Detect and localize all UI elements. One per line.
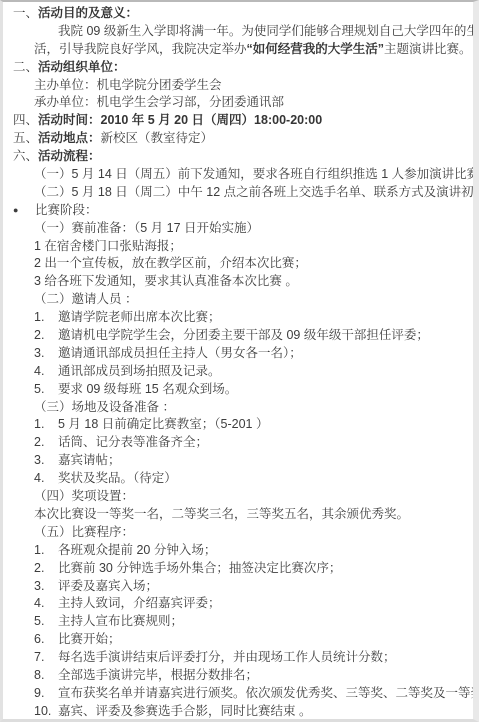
doc-line: 1.5 月 18 日前确定比赛教室；（5-201 ） bbox=[3, 416, 473, 434]
list-marker: 4. bbox=[34, 470, 58, 488]
list-marker: 8. bbox=[34, 667, 58, 685]
list-marker: 3. bbox=[34, 345, 58, 363]
doc-line: 活，引导我院良好学风，我院决定举办“如何经营我的大学生活”主题演讲比赛。 bbox=[3, 41, 473, 59]
doc-line: 2.比赛前 30 分钟选手场外集合；抽签决定比赛次序； bbox=[3, 560, 473, 578]
list-marker: 5. bbox=[34, 613, 58, 631]
list-marker: 10. bbox=[34, 703, 58, 721]
doc-text: 主办单位：机电学院分团委学生会 bbox=[34, 77, 222, 95]
list-marker: 4. bbox=[34, 363, 58, 381]
doc-line: 3.邀请通讯部成员担任主持人（男女各一名）； bbox=[3, 345, 473, 363]
doc-text: 主持人宣布比赛规则； bbox=[58, 613, 183, 631]
doc-text: 话筒、记分表等准备齐全； bbox=[58, 434, 208, 452]
doc-text: （二）5 月 18 日（周二）中午 12 点之前各班上交选手名单、联系方式及演讲… bbox=[34, 184, 473, 202]
doc-text: 比赛前 30 分钟选手场外集合；抽签决定比赛次序； bbox=[58, 560, 341, 578]
doc-line: 5.要求 09 级每班 15 名观众到场。 bbox=[3, 381, 473, 399]
list-marker: 9. bbox=[34, 685, 58, 703]
doc-text: 活动流程： bbox=[38, 148, 101, 166]
list-marker: 2. bbox=[34, 327, 58, 345]
list-marker: 四、 bbox=[13, 112, 38, 130]
doc-text: 新校区（教室待定） bbox=[101, 130, 214, 148]
doc-line: 3 给各班下发通知，要求其认真准备本次比赛 。 bbox=[3, 273, 473, 291]
list-marker: 一、 bbox=[13, 5, 38, 23]
doc-line: （四）奖项设置： bbox=[3, 488, 473, 506]
doc-text: 3 给各班下发通知，要求其认真准备本次比赛 。 bbox=[34, 273, 298, 291]
doc-line: 四、活动时间：2010 年 5 月 20 日（周四）18:00-20:00 bbox=[3, 112, 473, 130]
doc-text: 邀请学院老师出席本次比赛； bbox=[58, 309, 221, 327]
doc-line: （三）场地及设备准备 ： bbox=[3, 399, 473, 417]
doc-line: 六、活动流程： bbox=[3, 148, 473, 166]
doc-text: 活动地点： bbox=[38, 130, 101, 148]
doc-line: （二）邀请人员 ： bbox=[3, 291, 473, 309]
doc-text: 每名选手演讲结束后评委打分，并由现场工作人员统计分数； bbox=[58, 649, 396, 667]
list-marker: 2. bbox=[34, 560, 58, 578]
doc-text: （三）场地及设备准备 ： bbox=[34, 399, 175, 417]
doc-text: 宣布获奖名单并请嘉宾进行颁奖。依次颁发优秀奖、三等奖、二等奖及一等奖； bbox=[58, 685, 473, 703]
doc-text: 奖状及奖品。（待定） bbox=[58, 470, 177, 488]
doc-text: 1 在宿舍楼门口张贴海报； bbox=[34, 238, 182, 256]
list-marker: 2. bbox=[34, 434, 58, 452]
doc-text: 承办单位：机电学生会学习部，分团委通讯部 bbox=[34, 94, 284, 112]
doc-text: （一）赛前准备：（5 月 17 日开始实施） bbox=[34, 220, 259, 238]
doc-text: 活动目的及意义： bbox=[38, 5, 138, 23]
doc-line: 3.嘉宾请帖； bbox=[3, 452, 473, 470]
doc-text: 邀请机电学院学生会，分团委主要干部及 09 级年级干部担任评委； bbox=[58, 327, 429, 345]
doc-text: 嘉宾请帖； bbox=[58, 452, 121, 470]
list-marker: 6. bbox=[34, 631, 58, 649]
doc-line: （五）比赛程序： bbox=[3, 524, 473, 542]
doc-text: 要求 09 级每班 15 名观众到场。 bbox=[58, 381, 237, 399]
doc-text: 我院 09 级新生入学即将满一年。为使同学们能够合理规划自己大学四年的生 bbox=[58, 23, 473, 41]
doc-text: 各班观众提前 20 分钟入场； bbox=[58, 542, 216, 560]
list-marker: 5. bbox=[34, 381, 58, 399]
document-body: 一、活动目的及意义：我院 09 级新生入学即将满一年。为使同学们能够合理规划自己… bbox=[3, 2, 473, 721]
doc-text: 全部选手演讲完毕，根据分数排名； bbox=[58, 667, 258, 685]
doc-line: 主办单位：机电学院分团委学生会 bbox=[3, 77, 473, 95]
doc-text: 嘉宾、评委及参赛选手合影，同时比赛结束 。 bbox=[58, 703, 311, 721]
bullet-icon: ● bbox=[13, 202, 35, 220]
doc-line: 8.全部选手演讲完毕，根据分数排名； bbox=[3, 667, 473, 685]
doc-text: 主持人致词，介绍嘉宾评委； bbox=[58, 595, 221, 613]
doc-text: 2010 年 5 月 20 日（周四）18:00-20:00 bbox=[101, 112, 323, 130]
doc-line: 二、活动组织单位： bbox=[3, 59, 473, 77]
list-marker: 4. bbox=[34, 595, 58, 613]
doc-line: 本次比赛设一等奖一名，二等奖三名，三等奖五名，其余颁优秀奖。 bbox=[3, 506, 473, 524]
list-marker: 1. bbox=[34, 309, 58, 327]
doc-line: （一）5 月 14 日（周五）前下发通知，要求各班自行组织推选 1 人参加演讲比… bbox=[3, 166, 473, 184]
doc-text: 本次比赛设一等奖一名，二等奖三名，三等奖五名，其余颁优秀奖。 bbox=[34, 506, 409, 524]
doc-line: 7.每名选手演讲结束后评委打分，并由现场工作人员统计分数； bbox=[3, 649, 473, 667]
list-marker: 3. bbox=[34, 578, 58, 596]
list-marker: 3. bbox=[34, 452, 58, 470]
list-marker: 1. bbox=[34, 416, 58, 434]
doc-text: 2 出一个宣传板，放在教学区前，介绍本次比赛； bbox=[34, 255, 307, 273]
doc-text: “如何经营我的大学生活” bbox=[247, 41, 385, 59]
doc-text: （五）比赛程序： bbox=[34, 524, 134, 542]
doc-text: 活，引导我院良好学风，我院决定举办 bbox=[34, 41, 247, 59]
doc-line: 10.嘉宾、评委及参赛选手合影，同时比赛结束 。 bbox=[3, 703, 473, 721]
doc-text: 5 月 18 日前确定比赛教室；（5-201 ） bbox=[58, 416, 268, 434]
doc-line: 9.宣布获奖名单并请嘉宾进行颁奖。依次颁发优秀奖、三等奖、二等奖及一等奖； bbox=[3, 685, 473, 703]
doc-line: 1.邀请学院老师出席本次比赛； bbox=[3, 309, 473, 327]
doc-line: 5.主持人宣布比赛规则； bbox=[3, 613, 473, 631]
doc-line: 一、活动目的及意义： bbox=[3, 5, 473, 23]
doc-text: （二）邀请人员 ： bbox=[34, 291, 137, 309]
doc-line: 我院 09 级新生入学即将满一年。为使同学们能够合理规划自己大学四年的生 bbox=[3, 23, 473, 41]
doc-line: 1 在宿舍楼门口张贴海报； bbox=[3, 238, 473, 256]
document-page: 一、活动目的及意义：我院 09 级新生入学即将满一年。为使同学们能够合理规划自己… bbox=[0, 0, 479, 722]
doc-text: 主题演讲比赛。 bbox=[384, 41, 472, 59]
list-marker: 1. bbox=[34, 542, 58, 560]
doc-line: （一）赛前准备：（5 月 17 日开始实施） bbox=[3, 220, 473, 238]
list-marker: 六、 bbox=[13, 148, 38, 166]
doc-line: ●比赛阶段： bbox=[3, 202, 473, 220]
doc-line: 五、活动地点：新校区（教室待定） bbox=[3, 130, 473, 148]
doc-text: 评委及嘉宾入场； bbox=[58, 578, 158, 596]
list-marker: 二、 bbox=[13, 59, 38, 77]
doc-text: 通讯部成员到场拍照及记录。 bbox=[58, 363, 221, 381]
list-marker: 五、 bbox=[13, 130, 38, 148]
list-marker: 7. bbox=[34, 649, 58, 667]
doc-line: 6.比赛开始； bbox=[3, 631, 473, 649]
doc-line: （二）5 月 18 日（周二）中午 12 点之前各班上交选手名单、联系方式及演讲… bbox=[3, 184, 473, 202]
doc-text: （一）5 月 14 日（周五）前下发通知，要求各班自行组织推选 1 人参加演讲比… bbox=[34, 166, 473, 184]
doc-line: 2.话筒、记分表等准备齐全； bbox=[3, 434, 473, 452]
doc-line: 2.邀请机电学院学生会，分团委主要干部及 09 级年级干部担任评委； bbox=[3, 327, 473, 345]
doc-line: 3.评委及嘉宾入场； bbox=[3, 578, 473, 596]
doc-text: 比赛开始； bbox=[58, 631, 121, 649]
doc-text: 活动时间： bbox=[38, 112, 101, 130]
doc-line: 4.通讯部成员到场拍照及记录。 bbox=[3, 363, 473, 381]
doc-line: 2 出一个宣传板，放在教学区前，介绍本次比赛； bbox=[3, 255, 473, 273]
doc-line: 4.主持人致词，介绍嘉宾评委； bbox=[3, 595, 473, 613]
doc-text: （四）奖项设置： bbox=[34, 488, 134, 506]
doc-line: 1.各班观众提前 20 分钟入场； bbox=[3, 542, 473, 560]
doc-line: 承办单位：机电学生会学习部，分团委通讯部 bbox=[3, 94, 473, 112]
doc-text: 比赛阶段： bbox=[35, 202, 98, 220]
doc-line: 4.奖状及奖品。（待定） bbox=[3, 470, 473, 488]
doc-text: 邀请通讯部成员担任主持人（男女各一名）； bbox=[58, 345, 302, 363]
doc-text: 活动组织单位： bbox=[38, 59, 126, 77]
